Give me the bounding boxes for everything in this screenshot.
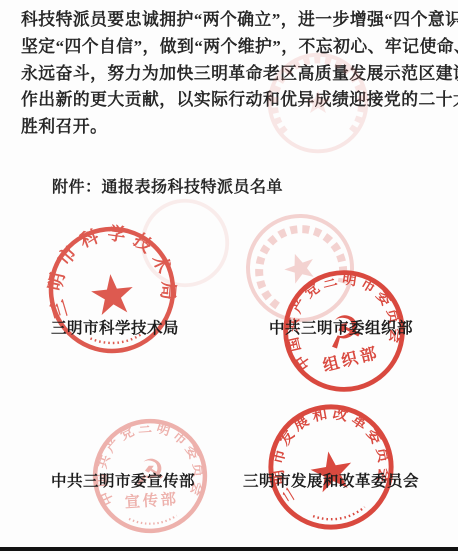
body-line: 坚定“四个自信”，做到“两个维护”，不忘初心、牢记使命、 — [21, 34, 441, 61]
faint-seal-impression-left — [137, 195, 233, 291]
seal-ring — [240, 208, 360, 328]
seal-label-cpc-publicity-dept: 中共三明市委宣传部 — [51, 469, 195, 491]
seal-arc-text: 中国共产党三明市委员会 — [89, 416, 208, 509]
seal-arc-text: 三明市科学技术局 — [42, 220, 182, 321]
faint-seal-impression-middle — [240, 208, 360, 328]
scan-edge-line — [0, 547, 458, 551]
seal-label-development-reform-commission: 三明市发展和改革委员会 — [243, 469, 419, 491]
body-line: 胜利召开。 — [21, 114, 441, 141]
seal-label-cpc-organization-dept: 中共三明市委组织部 — [269, 316, 413, 338]
seal-development-reform-commission: 三明市发展和改革委员会 — [262, 398, 400, 536]
body-paragraph: 科技特派员要忠诚拥护“两个确立”，进一步增强“四个意识”， 坚定“四个自信”，做… — [21, 7, 441, 141]
body-line: 永远奋斗，努力为加快三明革命老区高质量发展示范区建设 — [21, 61, 441, 88]
body-line: 作出新的更大贡献，以实际行动和优异成绩迎接党的二十大 — [21, 87, 441, 114]
seal-bottom-text: 宣传部 — [124, 490, 179, 512]
seal-ring — [262, 398, 400, 536]
body-line: 科技特派员要忠诚拥护“两个确立”，进一步增强“四个意识”， — [21, 7, 441, 34]
star-icon — [281, 249, 319, 286]
attachment-line: 附件：通报表扬科技特派员名单 — [52, 174, 283, 197]
seal-ring — [143, 201, 227, 285]
star-icon — [90, 272, 136, 316]
scanned-document-page: 科技特派员要忠诚拥护“两个确立”，进一步增强“四个意识”， 坚定“四个自信”，做… — [0, 0, 458, 554]
seal-bottom-text: 组织部 — [321, 343, 381, 375]
seal-science-tech-bureau: 三明市科学技术局 — [42, 220, 182, 360]
illegible-arc-text — [247, 217, 349, 308]
seal-arc-text: 三明市发展和改革委员会 — [262, 398, 397, 508]
registration-number-arc — [313, 507, 366, 523]
registration-number-arc — [129, 516, 177, 526]
seal-label-science-tech-bureau: 三明市科学技术局 — [51, 316, 179, 338]
